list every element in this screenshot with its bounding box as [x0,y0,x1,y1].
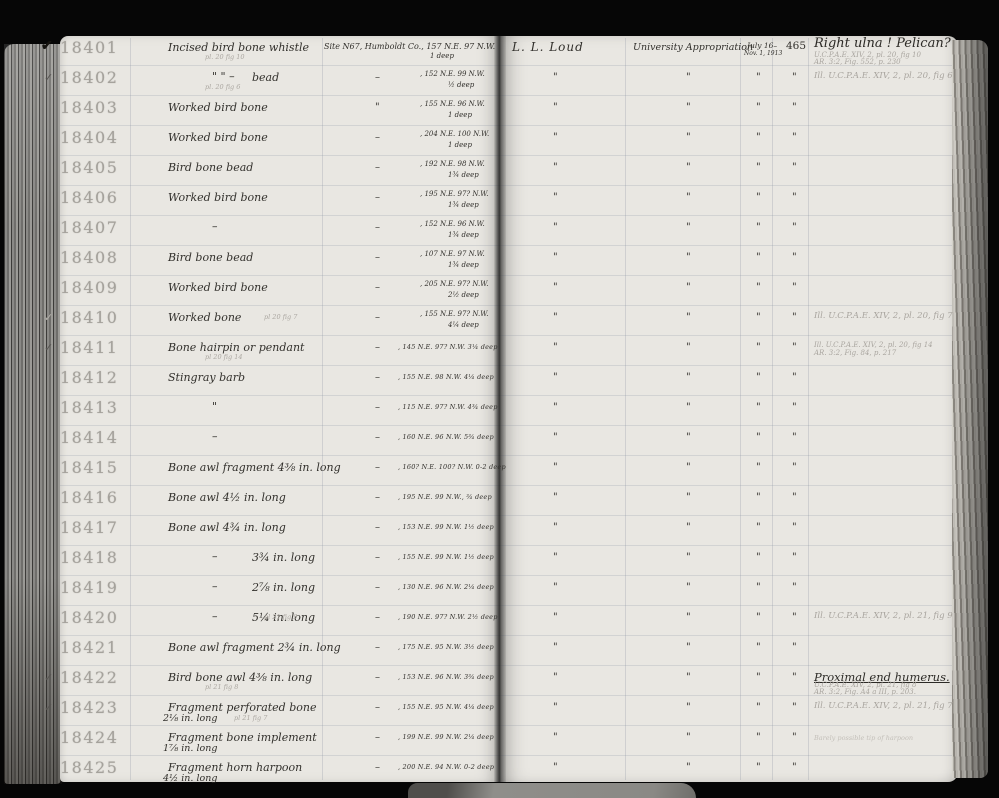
ledger-row: ✓18402" " –beadpl. 20 fig 6–, 152 N.E. 9… [0,68,999,98]
note-pencil-1: Ill. U.C.P.A.E. XIV, 2, pl. 21, fig 7 [814,701,953,711]
site-measurements-line2: 1¾ deep [448,231,479,239]
fund-source: " [686,582,691,593]
site-ditto: – [375,582,380,593]
fund-source: " [686,762,691,773]
site-ditto: – [375,432,380,443]
date-collected: " [756,252,761,263]
site-measurements: , 115 N.E. 97? N.W. 4¾ deep [398,403,498,411]
description-ditto: " " – [212,70,235,83]
catalog-number: 18421 [60,638,118,657]
collector: " [553,312,558,323]
description-pencil-note: pl 20 fig 7 [264,313,297,321]
ledger-row: 18404Worked bird bone–, 204 N.E. 100 N.W… [0,128,999,158]
site-measurements: , 204 N.E. 100 N.W. [420,130,489,138]
object-description: Bone awl 4½ in. long [168,491,286,504]
collector: " [553,252,558,263]
collector: " [553,72,558,83]
description-pencil-note: pl 21 fig 9 [264,613,297,621]
ledger-row: ✓18410Worked bonepl 20 fig 7–, 155 N.E. … [0,308,999,338]
ledger-row: 18412Stingray barb–, 155 N.E. 98 N.W. 4¼… [0,368,999,398]
description-pencil-note: pl 21 fig 7 [234,714,267,722]
site-measurements-line2: 1 deep [448,141,472,149]
date-collected: " [756,162,761,173]
site-ditto: – [375,612,380,623]
description-pencil-note: pl. 20 fig 10 [205,53,245,61]
site-measurements: , 205 N.E. 97? N.W. [420,280,488,288]
ledger-row: 18417Bone awl 4¾ in. long–, 153 N.E. 99 … [0,518,999,548]
fund-source: " [686,522,691,533]
specimen-count: " [792,192,797,203]
catalog-number: 18425 [60,758,118,777]
site-ditto: – [375,462,380,473]
date-collected: July 16– [747,41,777,50]
date-collected: " [756,402,761,413]
specimen-count: " [792,132,797,143]
catalog-number: 18423 [60,698,118,717]
catalog-number: 18417 [60,518,118,537]
note-pencil-1: Ill. U.C.P.A.E. XIV, 2, pl. 21, fig 9 [814,611,953,621]
site-location-line2: 1 deep [430,52,454,60]
collector: " [553,702,558,713]
specimen-count: 465 [786,40,806,52]
site-measurements: , 153 N.E. 96 N.W. 3¾ deep [398,673,494,681]
catalog-number: 18424 [60,728,118,747]
site-ditto: – [375,372,380,383]
specimen-count: " [792,252,797,263]
object-description: bead [252,71,279,84]
specimen-count: " [792,372,797,383]
ledger-row: 18420–5¼ in. longpl 21 fig 9–, 190 N.E. … [0,608,999,638]
specimen-count: " [792,72,797,83]
note-pencil-1: Ill. U.C.P.A.E. XIV, 2, pl. 20, fig 7 [814,311,953,321]
specimen-count: " [792,462,797,473]
specimen-count: " [792,402,797,413]
ledger-row: 18413"–, 115 N.E. 97? N.W. 4¾ deep"""" [0,398,999,428]
checkmark: ✓ [44,701,53,714]
object-description: Bird bone bead [168,251,253,264]
date-collected: " [756,672,761,683]
object-description: 3¾ in. long [252,551,315,564]
site-ditto: – [375,702,380,713]
fund-source: " [686,72,691,83]
site-measurements: , 155 N.E. 98 N.W. 4¼ deep [398,373,494,381]
object-description-line2: 1⅞ in. long [163,743,217,754]
collector: " [553,192,558,203]
ledger-row: ✓18422Bird bone awl 4⅜ in. longpl 21 fig… [0,668,999,698]
collector: " [553,762,558,773]
catalog-number: 18411 [60,338,118,357]
catalog-number: 18402 [60,68,118,87]
ledger-row: 18416Bone awl 4½ in. long–, 195 N.E. 99 … [0,488,999,518]
catalog-number: 18420 [60,608,118,627]
site-measurements: , 199 N.E. 99 N.W. 2¼ deep [398,733,494,741]
fund-source: " [686,102,691,113]
object-description: Bone awl fragment 2¾ in. long [168,641,341,654]
catalog-number: 18408 [60,248,118,267]
site-measurements-line2: ½ deep [448,81,474,89]
catalog-number: 18413 [60,398,118,417]
fund-source: " [686,162,691,173]
fund-source: " [686,132,691,143]
object-description: Worked bird bone [168,101,268,114]
collector: " [553,162,558,173]
date-collected: " [756,732,761,743]
site-ditto: – [375,282,380,293]
date-collected: " [756,762,761,773]
site-ditto: – [375,132,380,143]
specimen-count: " [792,732,797,743]
date-collected: " [756,102,761,113]
site-measurements: , 160? N.E. 100? N.W. 0-2 deep [398,463,506,471]
fund-source: " [686,252,691,263]
checkmark: ✓ [44,71,53,84]
site-measurements: , 155 N.E. 95 N.W. 4¼ deep [398,703,494,711]
specimen-count: " [792,522,797,533]
date-collected: " [756,462,761,473]
description-pencil-note: pl. 20 fig 6 [205,83,240,91]
date-collected: " [756,522,761,533]
fund-source: " [686,552,691,563]
date-collected: " [756,282,761,293]
ledger-row: 18424Fragment bone implement1⅞ in. long–… [0,728,999,758]
object-description: 2⅞ in. long [252,581,315,594]
specimen-count: " [792,102,797,113]
site-ditto: – [375,192,380,203]
catalog-number: 18410 [60,308,118,327]
collector: L. L. Loud [512,40,584,54]
collector: " [553,522,558,533]
date-collected: " [756,492,761,503]
fund-source: " [686,222,691,233]
site-ditto: – [375,312,380,323]
collector: " [553,462,558,473]
ledger-row: 18409Worked bird bone–, 205 N.E. 97? N.W… [0,278,999,308]
site-measurements: , 195 N.E. 97? N.W. [420,190,488,198]
catalog-number: 18414 [60,428,118,447]
collector: " [553,732,558,743]
checkmark: ✔ [41,38,53,54]
date-collected: " [756,342,761,353]
checkmark: ✓ [44,341,53,354]
catalog-number: 18418 [60,548,118,567]
note-pencil-1: Ill. U.C.P.A.E. XIV, 2, pl. 20, fig 14 [814,341,933,349]
object-description-line2: 2⅛ in. long [163,713,217,724]
date-collected: " [756,372,761,383]
specimen-count: " [792,222,797,233]
site-measurements-line2: 1¾ deep [448,171,479,179]
note-pencil-2: AR. 3:2, Fig. 84, p. 217 [814,349,896,357]
ledger-row: 18407––, 152 N.E. 96 N.W.1¾ deep"""" [0,218,999,248]
site-measurements: , 152 N.E. 99 N.W. [420,70,485,78]
specimen-count: " [792,432,797,443]
fund-source: University Appropriation [633,42,753,53]
collector: " [553,672,558,683]
collector: " [553,612,558,623]
collector: " [553,432,558,443]
specimen-count: " [792,582,797,593]
site-measurements-line2: 1¾ deep [448,201,479,209]
date-collected: " [756,72,761,83]
fund-source: " [686,672,691,683]
fund-source: " [686,642,691,653]
catalog-number: 18404 [60,128,118,147]
site-measurements: , 107 N.E. 97 N.W. [420,250,485,258]
site-ditto: – [375,522,380,533]
ledger-row: 18414––, 160 N.E. 96 N.W. 5¾ deep"""" [0,428,999,458]
description-ditto: – [212,550,218,563]
site-measurements: , 200 N.E. 94 N.W. 0-2 deep [398,763,494,771]
object-description: Bone awl fragment 4⅜ in. long [168,461,341,474]
collector: " [553,372,558,383]
site-ditto: – [375,162,380,173]
site-ditto: – [375,72,380,83]
date-collected: " [756,192,761,203]
date-collected: " [756,702,761,713]
specimen-count: " [792,702,797,713]
site-measurements: , 192 N.E. 98 N.W. [420,160,485,168]
site-ditto: – [375,222,380,233]
date-collected: " [756,312,761,323]
object-description: Bird bone awl 4⅜ in. long [168,671,312,684]
collector: " [553,342,558,353]
site-ditto: – [375,732,380,743]
collector: " [553,582,558,593]
site-ditto: " [375,102,380,113]
fund-source: " [686,702,691,713]
note-pencil-1: Barely possible tip of harpoon [814,734,913,742]
collector: " [553,492,558,503]
object-description: Worked bird bone [168,281,268,294]
object-description: Bone awl 4¾ in. long [168,521,286,534]
site-measurements: , 155 N.E. 99 N.W. 1½ deep [398,553,494,561]
specimen-count: " [792,672,797,683]
object-description-line2: 4½ in. long [163,773,217,784]
site-ditto: – [375,252,380,263]
collector: " [553,132,558,143]
collector: " [553,402,558,413]
site-measurements: , 175 N.E. 95 N.W. 3½ deep [398,643,494,651]
ledger-row: ✓18411Bone hairpin or pendantpl 20 fig 1… [0,338,999,368]
ledger-row: 18406Worked bird bone–, 195 N.E. 97? N.W… [0,188,999,218]
catalog-number: 18415 [60,458,118,477]
fund-source: " [686,372,691,383]
site-measurements: , 152 N.E. 96 N.W. [420,220,485,228]
site-ditto: – [375,552,380,563]
ledger-row: 18421Bone awl fragment 2¾ in. long–, 175… [0,638,999,668]
site-measurements-line2: 2½ deep [448,291,479,299]
note-pencil-2: AR. 3:2, Fig. 552, p. 230 [814,58,901,66]
site-measurements: , 155 N.E. 96 N.W. [420,100,485,108]
fund-source: " [686,312,691,323]
site-measurements-line2: 1 deep [448,111,472,119]
site-ditto: – [375,402,380,413]
catalog-number: 18406 [60,188,118,207]
object-description: Worked bird bone [168,131,268,144]
description-ditto: " [212,400,217,413]
specimen-count: " [792,612,797,623]
ledger-rows: ✔18401Incised bird bone whistlepl. 20 fi… [0,0,999,798]
fund-source: " [686,342,691,353]
specimen-count: " [792,492,797,503]
site-ditto: – [375,342,380,353]
ledger-row: 18408Bird bone bead–, 107 N.E. 97 N.W.1¾… [0,248,999,278]
date-collected: " [756,582,761,593]
date-collected: " [756,432,761,443]
specimen-count: " [792,762,797,773]
catalog-number: 18422 [60,668,118,687]
object-description: Worked bone [168,311,241,324]
site-ditto: – [375,642,380,653]
note-ink: Right ulna ! Pelican? [814,36,951,51]
ledger-row: ✓18423Fragment perforated bone2⅛ in. lon… [0,698,999,728]
catalog-number: 18416 [60,488,118,507]
date-collected: " [756,612,761,623]
ledger-row: 18405Bird bone bead–, 192 N.E. 98 N.W.1¾… [0,158,999,188]
catalog-number: 18405 [60,158,118,177]
note-pencil-1: Ill. U.C.P.A.E. XIV, 2, pl. 20, fig 6 [814,71,953,81]
site-measurements: , 155 N.E. 97? N.W. [420,310,488,318]
description-ditto: – [212,220,218,233]
site-location: Site N67, Humboldt Co., 157 N.E. 97 N.W. [324,42,495,51]
object-description: Worked bird bone [168,191,268,204]
ledger-row: 18403Worked bird bone", 155 N.E. 96 N.W.… [0,98,999,128]
catalog-number: 18401 [60,38,118,57]
specimen-count: " [792,642,797,653]
specimen-count: " [792,162,797,173]
site-measurements: , 195 N.E. 99 N.W., ¾ deep [398,493,492,501]
description-ditto: – [212,580,218,593]
site-measurements: , 145 N.E. 97? N.W. 3¼ deep [398,343,498,351]
ledger-row: ✔18401Incised bird bone whistlepl. 20 fi… [0,38,999,68]
fund-source: " [686,192,691,203]
fund-source: " [686,732,691,743]
collector: " [553,642,558,653]
ledger-row: 18419–2⅞ in. long–, 130 N.E. 96 N.W. 2¼ … [0,578,999,608]
date-collected: " [756,222,761,233]
fund-source: " [686,612,691,623]
collector: " [553,222,558,233]
collector: " [553,102,558,113]
site-measurements: , 190 N.E. 97? N.W. 2½ deep [398,613,498,621]
site-measurements: , 153 N.E. 99 N.W. 1½ deep [398,523,494,531]
catalog-number: 18403 [60,98,118,117]
fund-source: " [686,492,691,503]
date-collected: " [756,552,761,563]
description-pencil-note: pl 21 fig 8 [205,683,238,691]
site-measurements: , 160 N.E. 96 N.W. 5¾ deep [398,433,494,441]
specimen-count: " [792,282,797,293]
catalog-number: 18412 [60,368,118,387]
date-collected: " [756,642,761,653]
specimen-count: " [792,342,797,353]
site-measurements-line2: 1¾ deep [448,261,479,269]
ledger-row: 18418–3¾ in. long–, 155 N.E. 99 N.W. 1½ … [0,548,999,578]
site-measurements-line2: 4¼ deep [448,321,479,329]
description-ditto: – [212,610,218,623]
checkmark: ✓ [44,311,53,324]
ledger-row: 18415Bone awl fragment 4⅜ in. long–, 160… [0,458,999,488]
site-measurements: , 130 N.E. 96 N.W. 2¼ deep [398,583,494,591]
specimen-count: " [792,312,797,323]
site-ditto: – [375,492,380,503]
catalog-number: 18409 [60,278,118,297]
note-pencil-2: AR. 3:2, Fig. A4 a III, p. 203. [814,688,916,696]
catalog-number: 18419 [60,578,118,597]
object-description: Bird bone bead [168,161,253,174]
fund-source: " [686,402,691,413]
collector: " [553,552,558,563]
fund-source: " [686,432,691,443]
site-ditto: – [375,672,380,683]
foreground-object [408,783,696,798]
site-ditto: – [375,762,380,773]
catalog-number: 18407 [60,218,118,237]
date-collected-line2: Nov. 1, 1913 [744,50,782,57]
checkmark: ✓ [44,671,53,684]
description-ditto: – [212,430,218,443]
fund-source: " [686,462,691,473]
object-description: Stingray barb [168,371,245,384]
collector: " [553,282,558,293]
date-collected: " [756,132,761,143]
specimen-count: " [792,552,797,563]
description-pencil-note: pl 20 fig 14 [205,353,242,361]
scanned-ledger-photo: ✔18401Incised bird bone whistlepl. 20 fi… [0,0,999,798]
fund-source: " [686,282,691,293]
